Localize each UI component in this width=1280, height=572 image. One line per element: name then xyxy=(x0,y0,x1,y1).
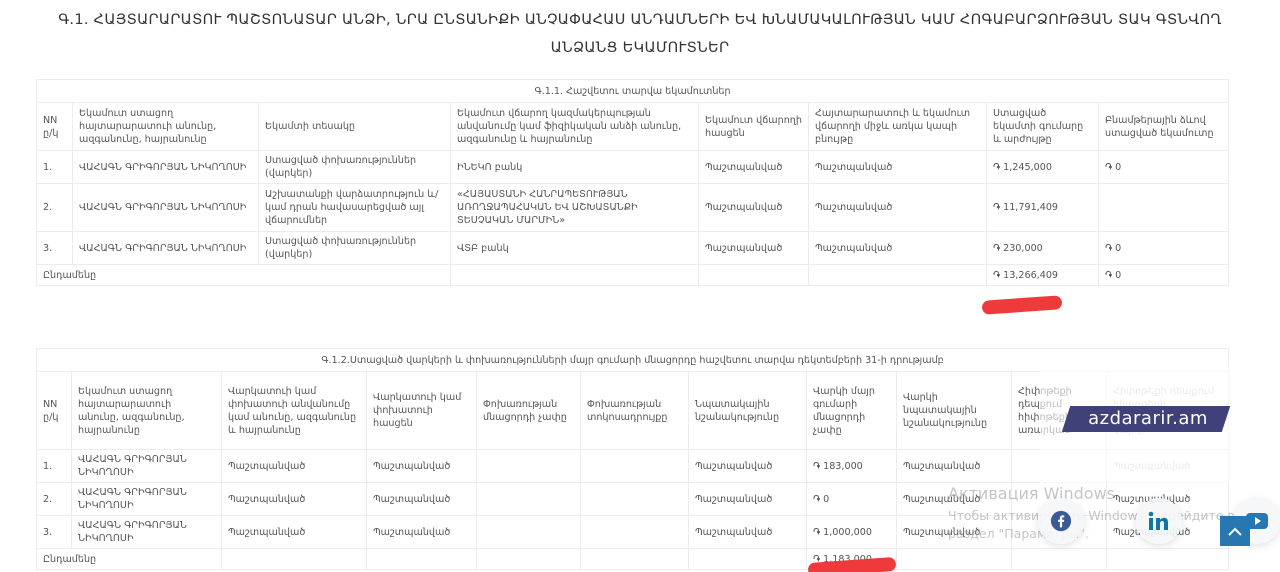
total-amount: ֏ 13,266,409 xyxy=(987,265,1099,286)
facebook-button[interactable] xyxy=(1038,498,1084,544)
purpose: Պաշտպանված xyxy=(689,483,807,516)
principal-balance: ֏ 0 xyxy=(807,483,897,516)
col-header: Հայտարարատուի և եկամուտ վճարողի միջև առկ… xyxy=(809,103,987,151)
in-kind-income xyxy=(1099,184,1229,232)
scroll-top-button[interactable] xyxy=(1220,516,1250,546)
total-in-kind: ֏ 0 xyxy=(1099,265,1229,286)
col-header: Եկամուտ ստացող հայտարարատուի անունը, ազգ… xyxy=(72,372,222,450)
row-number: 3. xyxy=(37,232,73,265)
recipient-name: ՎԱՀԱԳՆ ԳՐԻԳՈՐՅԱՆ ՆԻԿՈՂՈՍԻ xyxy=(73,184,259,232)
relationship: Պաշտպանված xyxy=(809,184,987,232)
payer-address: Պաշտպանված xyxy=(699,151,809,184)
empty-cell xyxy=(367,549,477,570)
income-amount: ֏ 11,791,409 xyxy=(987,184,1099,232)
windows-activation-sub1: Чтобы активировать Windows, перейдите в xyxy=(948,508,1235,523)
empty-cell xyxy=(1107,549,1229,570)
lender-address: Պաշտպանված xyxy=(367,450,477,483)
total-row: Ընդամենը ֏ 1,183,000 xyxy=(37,549,1229,570)
recipient-name: ՎԱՀԱԳՆ ԳՐԻԳՈՐՅԱՆ ՆԻԿՈՂՈՍԻ xyxy=(72,483,222,516)
relationship: Պաշտպանված xyxy=(809,151,987,184)
in-kind-income: ֏ 0 xyxy=(1099,151,1229,184)
facebook-icon xyxy=(1050,510,1072,532)
lender-name: Պաշտպանված xyxy=(222,450,367,483)
highlight-mark xyxy=(982,295,1063,315)
purpose: Պաշտպանված xyxy=(689,450,807,483)
col-header: Եկամուտ ստացող հայտարարատուի անունը, ազգ… xyxy=(73,103,259,151)
principal-balance: ֏ 183,000 xyxy=(807,450,897,483)
empty-cell xyxy=(451,265,699,286)
payer-address: Պաշտպանված xyxy=(699,184,809,232)
principal-balance: ֏ 1,000,000 xyxy=(807,516,897,549)
income-table: Գ.1.1. Հաշվետու տարվա եկամուտներ NN ը/կ … xyxy=(36,79,1229,286)
page-title-line1: Գ.1. ՀԱՅՏԱՐԱՐԱՏՈՒ ՊԱՇՏՈՆԱՏԱՐ ԱՆՁԻ, ՆՐԱ Ը… xyxy=(0,6,1280,34)
col-header: Ստացված եկամտի գումարը և արժույթը xyxy=(987,103,1099,151)
col-header: Բնամթերային ձևով ստացված եկամուտը xyxy=(1099,103,1229,151)
empty-cell xyxy=(809,265,987,286)
income-type: Ստացված փոխառություններ (վարկեր) xyxy=(259,232,451,265)
interest-rate xyxy=(581,450,689,483)
recipient-name: ՎԱՀԱԳՆ ԳՐԻԳՈՐՅԱՆ ՆԻԿՈՂՈՍԻ xyxy=(72,450,222,483)
col-header: Փոխառության մնացորդի չափը xyxy=(477,372,581,450)
col-header: Եկամուտ վճարող կազմակերպության անվանումը… xyxy=(451,103,699,151)
income-type: Ստացված փոխառություններ (վարկեր) xyxy=(259,151,451,184)
col-header: Վարկատուի կամ փոխատուի հասցեն xyxy=(367,372,477,450)
col-header: Վարկի մայր գումարի մնացորդի չափը xyxy=(807,372,897,450)
col-header: Վարկատուի կամ փոխատուի անվանումը կամ անո… xyxy=(222,372,367,450)
payer-address: Պաշտպանված xyxy=(699,232,809,265)
empty-cell xyxy=(222,549,367,570)
row-number: 1. xyxy=(37,450,72,483)
income-type: Աշխատանքի վարձատրություն և/ կամ դրան հավ… xyxy=(259,184,451,232)
income-amount: ֏ 1,245,000 xyxy=(987,151,1099,184)
recipient-name: ՎԱՀԱԳՆ ԳՐԻԳՈՐՅԱՆ ՆԻԿՈՂՈՍԻ xyxy=(73,151,259,184)
relationship: Պաշտպանված xyxy=(809,232,987,265)
loan-purpose: Պաշտպանված xyxy=(897,450,1012,483)
row-number: 2. xyxy=(37,184,73,232)
linkedin-button[interactable] xyxy=(1136,498,1182,544)
page-title: Գ.1. ՀԱՅՏԱՐԱՐԱՏՈՒ ՊԱՇՏՈՆԱՏԱՐ ԱՆՁԻ, ՆՐԱ Ը… xyxy=(0,6,1280,62)
empty-cell xyxy=(897,549,1012,570)
empty-cell xyxy=(1012,549,1107,570)
row-number: 1. xyxy=(37,151,73,184)
income-table-header: NN ը/կ Եկամուտ ստացող հայտարարատուի անու… xyxy=(37,103,1229,151)
total-row: Ընդամենը ֏ 13,266,409 ֏ 0 xyxy=(37,265,1229,286)
empty-cell xyxy=(699,265,809,286)
windows-activation-title: Активация Windows xyxy=(948,484,1115,503)
recipient-name: ՎԱՀԱԳՆ ԳՐԻԳՈՐՅԱՆ ՆԻԿՈՂՈՍԻ xyxy=(73,232,259,265)
table-row: 1. ՎԱՀԱԳՆ ԳՐԻԳՈՐՅԱՆ ՆԻԿՈՂՈՍԻ Ստացված փոխ… xyxy=(37,151,1229,184)
page-title-line2: ԱՆՁԱՆՑ ԵԿԱՄՈՒՏՆԵՐ xyxy=(0,34,1280,62)
row-number: 2. xyxy=(37,483,72,516)
col-header: NN ը/կ xyxy=(37,372,72,450)
empty-cell xyxy=(581,549,689,570)
payer-name: ՎՏԲ բանկ xyxy=(451,232,699,265)
linkedin-icon xyxy=(1147,510,1171,532)
purpose: Պաշտպանված xyxy=(689,516,807,549)
payer-name: «ՀԱՅԱՍՏԱՆԻ ՀԱՆՐԱՊԵՏՈՒԹՅԱՆ ԱՌՈՂՋԱՊԱՀԱԿԱՆ … xyxy=(451,184,699,232)
payer-name: ԻՆԵԿՈ բանկ xyxy=(451,151,699,184)
empty-cell xyxy=(477,549,581,570)
lender-address: Պաշտպանված xyxy=(367,483,477,516)
recipient-name: ՎԱՀԱԳՆ ԳՐԻԳՈՐՅԱՆ ՆԻԿՈՂՈՍԻ xyxy=(72,516,222,549)
col-header: Եկամտի տեսակը xyxy=(259,103,451,151)
col-header: Նպատակային նշանակությունը xyxy=(689,372,807,450)
loan-balance xyxy=(477,450,581,483)
lender-name: Պաշտպանված xyxy=(222,516,367,549)
table-row: 3. ՎԱՀԱԳՆ ԳՐԻԳՈՐՅԱՆ ՆԻԿՈՂՈՍԻ Ստացված փոխ… xyxy=(37,232,1229,265)
col-header: Վարկի նպատակային նշանակությունը xyxy=(897,372,1012,450)
chevron-up-icon xyxy=(1227,525,1243,537)
table-row: 2. ՎԱՀԱԳՆ ԳՐԻԳՈՐՅԱՆ ՆԻԿՈՂՈՍԻ Աշխատանքի վ… xyxy=(37,184,1229,232)
loan-balance xyxy=(477,516,581,549)
col-header: NN ը/կ xyxy=(37,103,73,151)
total-label: Ընդամենը xyxy=(37,549,222,570)
interest-rate xyxy=(581,516,689,549)
loan-balance xyxy=(477,483,581,516)
income-table-caption: Գ.1.1. Հաշվետու տարվա եկամուտներ xyxy=(37,80,1229,103)
in-kind-income: ֏ 0 xyxy=(1099,232,1229,265)
income-amount: ֏ 230,000 xyxy=(987,232,1099,265)
col-header: Փոխառության տոկոսադրույքը xyxy=(581,372,689,450)
lender-address: Պաշտպանված xyxy=(367,516,477,549)
row-number: 3. xyxy=(37,516,72,549)
empty-cell xyxy=(689,549,807,570)
col-header: Եկամուտ վճարողի հասցեն xyxy=(699,103,809,151)
total-label: Ընդամենը xyxy=(37,265,451,286)
lender-name: Պաշտպանված xyxy=(222,483,367,516)
interest-rate xyxy=(581,483,689,516)
site-logo[interactable]: azdararir.am xyxy=(1070,406,1226,432)
